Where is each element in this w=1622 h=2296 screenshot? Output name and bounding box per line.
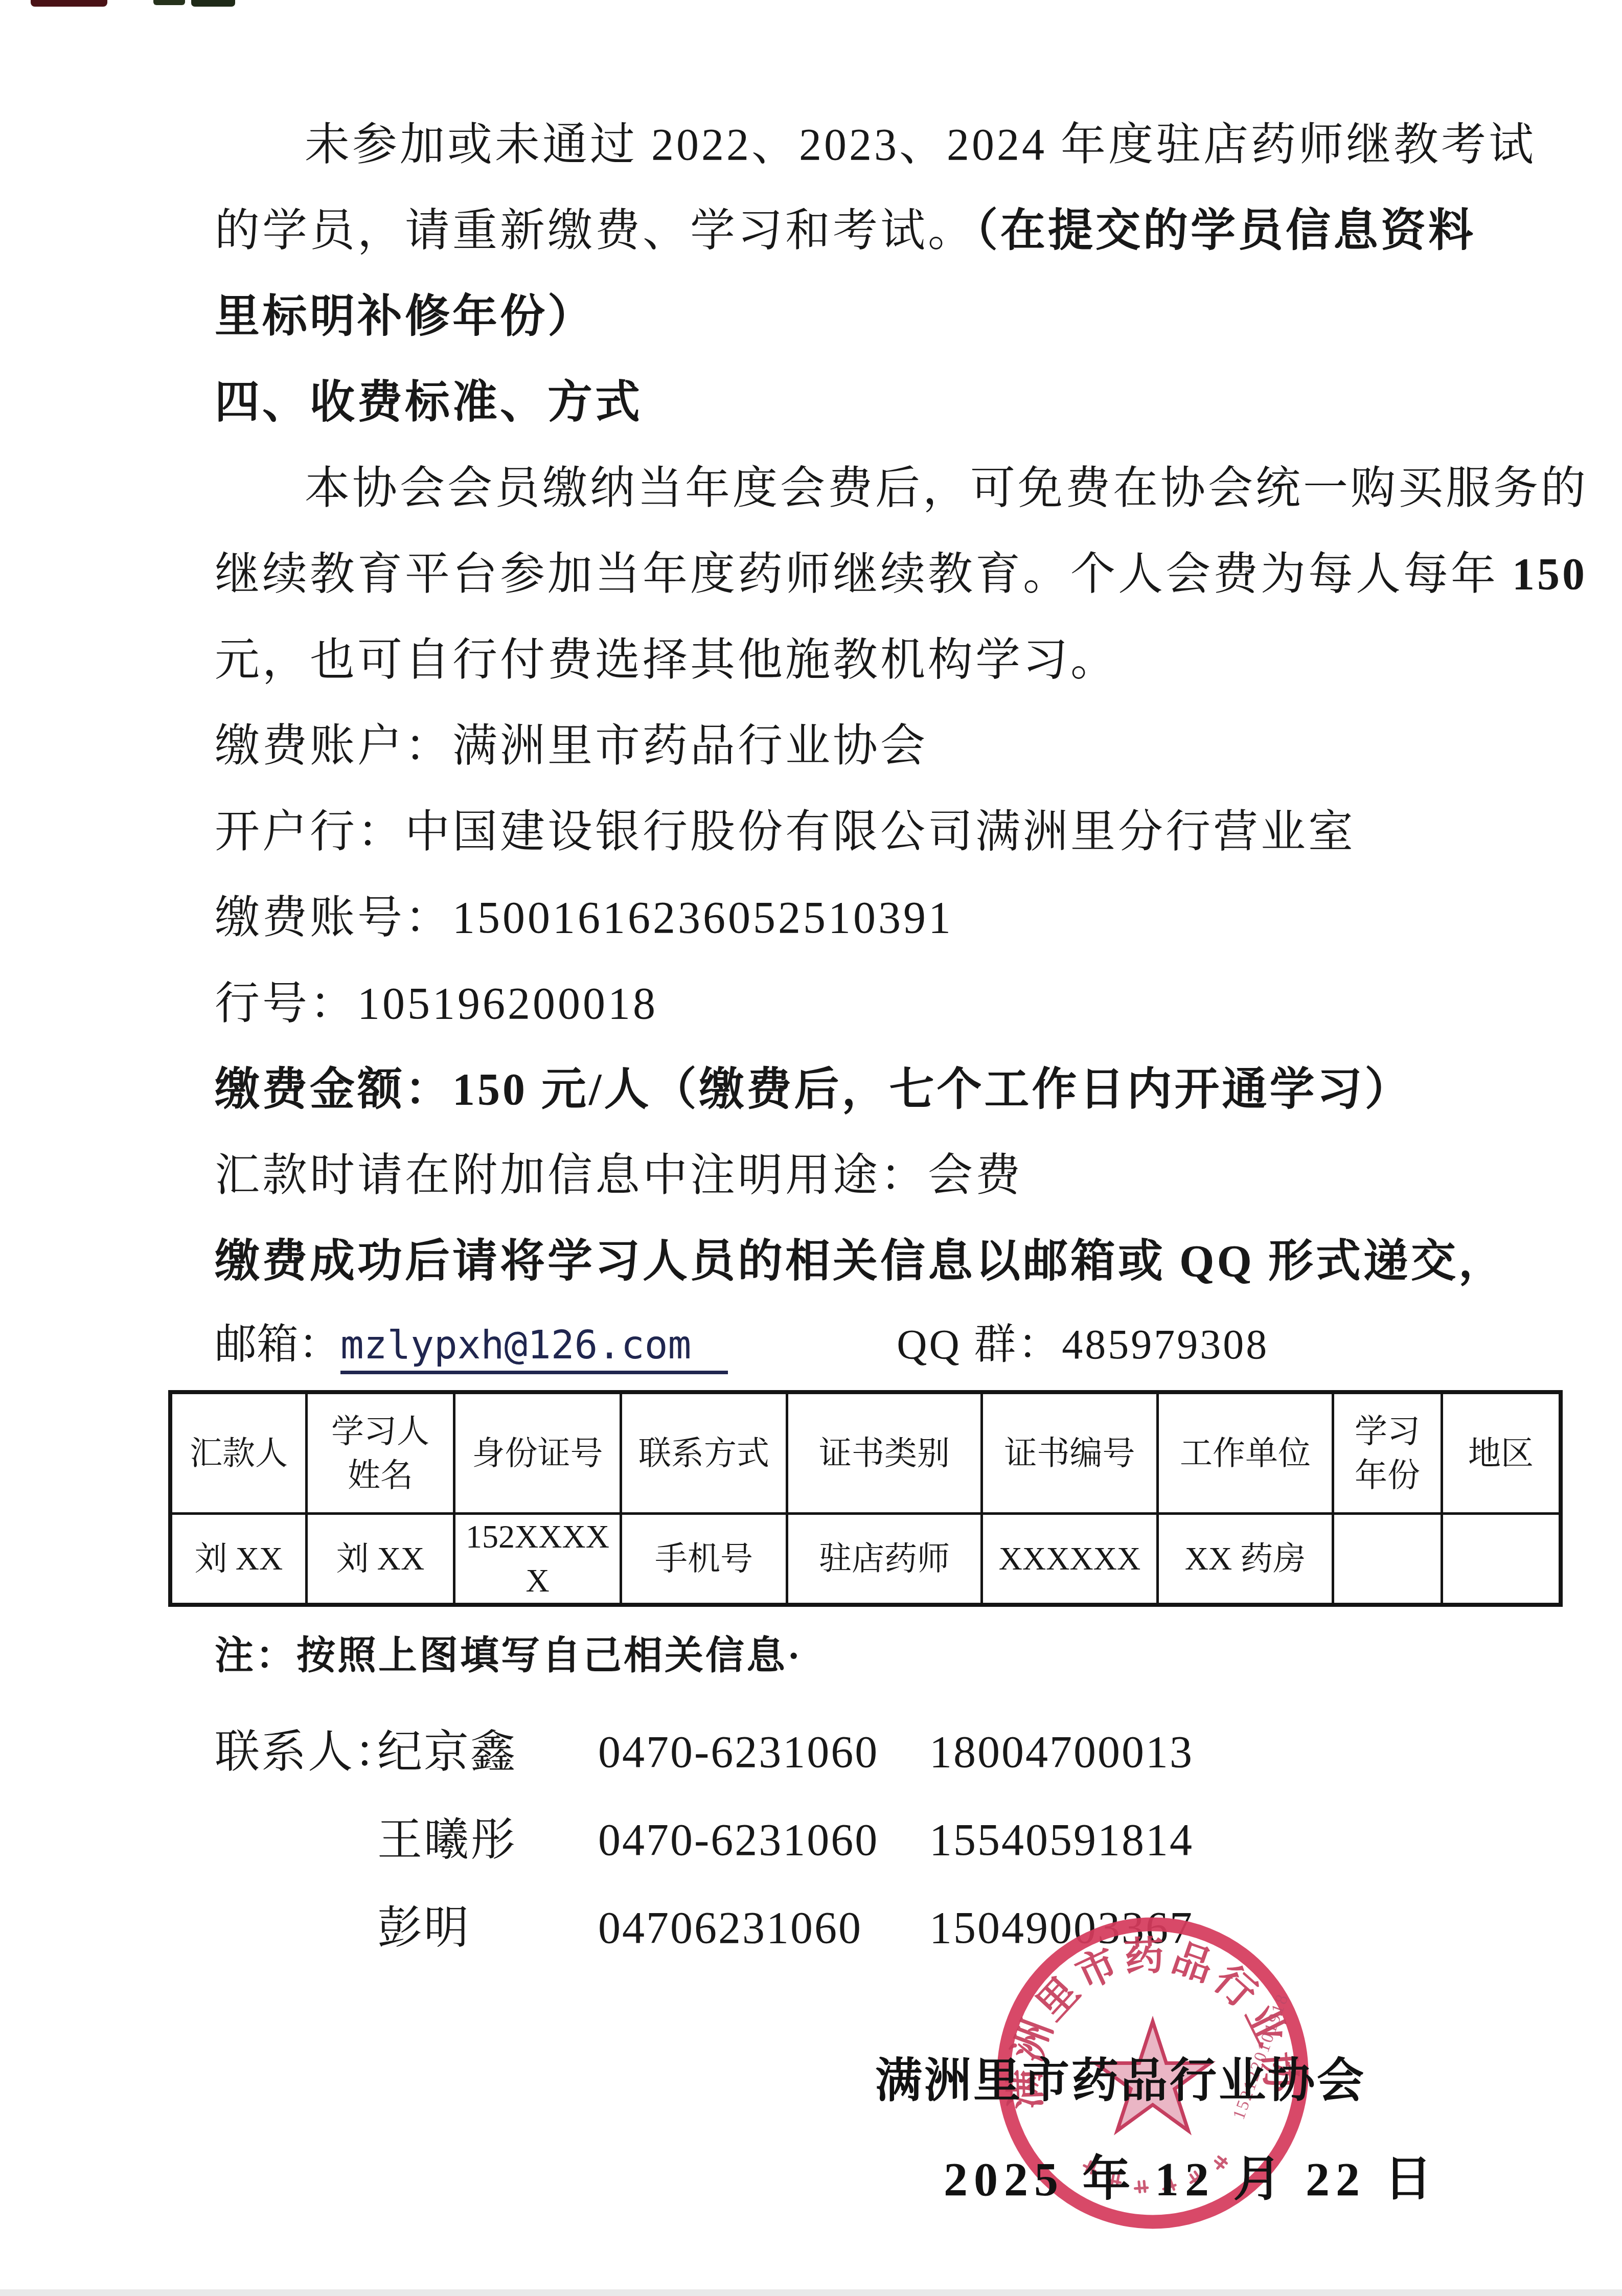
qq-group: QQ 群：485979308 bbox=[897, 1321, 1269, 1368]
intro-line-3: 里标明补修年份） bbox=[215, 274, 1482, 360]
scan-artifact-mark bbox=[153, 0, 185, 5]
contact-row: 联系人：纪京鑫0470-623106018004700013 bbox=[215, 1709, 1482, 1797]
document-body: 未参加或未通过 2022、2023、2024 年度驻店药师继教考试 的学员，请重… bbox=[215, 102, 1482, 1972]
body-line-2: 继续教育平台参加当年度药师继续教育。个人会费为每人每年 150 bbox=[215, 532, 1482, 618]
body-line-1: 本协会会员缴纳当年度会费后，可免费在协会统一购买服务的 bbox=[215, 446, 1482, 532]
email-label: 邮箱： bbox=[215, 1321, 340, 1368]
signature-organization: 满洲里市药品行业协会 bbox=[875, 2043, 1366, 2110]
contact-name: 纪京鑫 bbox=[377, 1709, 598, 1797]
contact-phone: 04706231060 bbox=[598, 1884, 929, 1972]
payment-account-name: 缴费账户：满洲里市药品行业协会 bbox=[215, 703, 1482, 789]
intro-line-2-bold: （在提交的学员信息资料 bbox=[975, 206, 1476, 256]
contact-name: 彭明 bbox=[377, 1884, 598, 1972]
col-header-contact: 联系方式 bbox=[621, 1393, 787, 1514]
scan-artifact-mark bbox=[31, 0, 107, 7]
contact-phone: 0470-6231060 bbox=[598, 1797, 929, 1884]
scan-artifact-mark bbox=[191, 0, 235, 7]
qq-number: 485979308 bbox=[1062, 1321, 1269, 1368]
contacts-label: 联系人： bbox=[215, 1709, 377, 1797]
col-header-remitter: 汇款人 bbox=[171, 1393, 307, 1514]
table-header-row: 汇款人 学习人姓名 身份证号 联系方式 证书类别 证书编号 工作单位 学习年份 … bbox=[171, 1393, 1560, 1514]
email-link[interactable]: mzlypxh@126.com bbox=[340, 1322, 728, 1374]
section-heading: 四、收费标准、方式 bbox=[215, 360, 1482, 446]
intro-line-1: 未参加或未通过 2022、2023、2024 年度驻店药师继教考试 bbox=[215, 102, 1482, 188]
qq-label: QQ 群： bbox=[897, 1321, 1062, 1368]
body-line-3: 元，也可自行付费选择其他施教机构学习。 bbox=[215, 618, 1482, 703]
signature-date: 2025 年 12 月 22 日 bbox=[944, 2140, 1438, 2209]
cell-student: 刘 XX bbox=[307, 1514, 454, 1604]
col-header-cert-number: 证书编号 bbox=[982, 1393, 1158, 1514]
student-info-table: 汇款人 学习人姓名 身份证号 联系方式 证书类别 证书编号 工作单位 学习年份 … bbox=[170, 1392, 1561, 1605]
col-header-id-number: 身份证号 bbox=[454, 1393, 621, 1514]
contact-row: 王曦彤0470-623106015540591814 bbox=[215, 1797, 1482, 1884]
body-line-2-normal: 继续教育平台参加当年度药师继续教育。个人会费为每人每年 bbox=[215, 550, 1512, 599]
col-header-student: 学习人姓名 bbox=[307, 1393, 454, 1514]
col-header-cert-type: 证书类别 bbox=[787, 1393, 982, 1514]
payment-bank-number: 行号：105196200018 bbox=[215, 961, 1482, 1047]
col-header-region: 地区 bbox=[1442, 1393, 1560, 1514]
contact-mobile: 15540591814 bbox=[929, 1815, 1194, 1865]
cell-contact: 手机号 bbox=[621, 1514, 787, 1604]
fee-amount-150: 150 bbox=[1512, 550, 1587, 599]
cell-remitter: 刘 XX bbox=[171, 1514, 307, 1604]
scanned-document-page: 未参加或未通过 2022、2023、2024 年度驻店药师继教考试 的学员，请重… bbox=[0, 0, 1622, 2296]
intro-line-2: 的学员，请重新缴费、学习和考试。（在提交的学员信息资料 bbox=[215, 188, 1482, 274]
contact-name: 王曦彤 bbox=[377, 1797, 598, 1884]
table-note: 注：按照上图填写自己相关信息· bbox=[215, 1628, 1482, 1684]
cell-cert-type: 驻店药师 bbox=[787, 1514, 982, 1604]
cell-region bbox=[1442, 1514, 1560, 1604]
contact-phone: 0470-6231060 bbox=[598, 1709, 929, 1797]
payment-bank: 开户行：中国建设银行股份有限公司满洲里分行营业室 bbox=[215, 789, 1482, 875]
cell-cert-number: XXXXXX bbox=[982, 1514, 1158, 1604]
table-row: 刘 XX 刘 XX 152XXXXX 手机号 驻店药师 XXXXXX XX 药房 bbox=[171, 1514, 1560, 1604]
email-qq-row: 邮箱：mzlypxh@126.comQQ 群：485979308 bbox=[215, 1305, 1482, 1384]
cell-employer: XX 药房 bbox=[1158, 1514, 1333, 1604]
cell-id-number: 152XXXXX bbox=[454, 1514, 621, 1604]
remit-note: 汇款时请在附加信息中注明用途：会费 bbox=[215, 1133, 1482, 1219]
contact-mobile: 18004700013 bbox=[929, 1727, 1194, 1777]
col-header-study-year: 学习年份 bbox=[1333, 1393, 1442, 1514]
cell-study-year bbox=[1333, 1514, 1442, 1604]
scan-edge-strip bbox=[0, 2289, 1622, 2296]
col-header-employer: 工作单位 bbox=[1158, 1393, 1333, 1514]
submit-note: 缴费成功后请将学习人员的相关信息以邮箱或 QQ 形式递交， bbox=[215, 1219, 1482, 1305]
payment-account-number: 缴费账号：15001616236052510391 bbox=[215, 875, 1482, 961]
intro-line-2-normal: 的学员，请重新缴费、学习和考试。 bbox=[215, 206, 975, 256]
payment-amount: 缴费金额：150 元/人（缴费后，七个工作日内开通学习） bbox=[215, 1047, 1482, 1133]
